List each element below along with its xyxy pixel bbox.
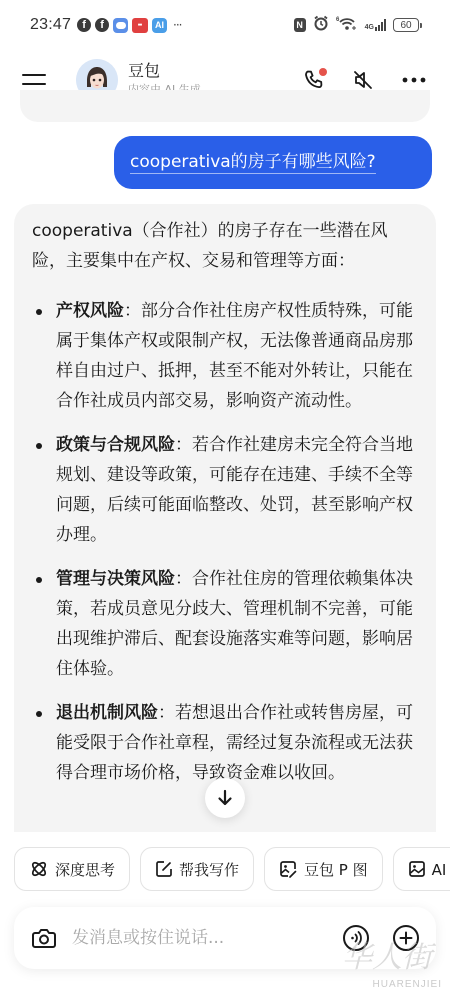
ai-intro-text: cooperativa（合作社）的房子存在一些潜在风险，主要集中在产权、交易和管… (32, 216, 418, 276)
battery-icon: 60 (393, 18, 422, 32)
facebook-icon: f (95, 18, 109, 32)
wifi-icon: 6 (336, 15, 358, 35)
chip-label: AI 生图 (432, 859, 450, 880)
user-message-text: cooperativa的房子有哪些风险? (130, 151, 376, 174)
ai-app-icon: AI (152, 18, 167, 33)
camera-button[interactable] (30, 924, 58, 952)
menu-icon-line (22, 74, 46, 76)
risk-list: 产权风险：部分合作社住房产权性质特殊，可能属于集体产权或限制产权，无法像普通商品… (32, 296, 418, 788)
image-edit-icon (279, 860, 298, 879)
status-right: N 6 4G 60 (294, 15, 422, 35)
network-type: 4G (365, 24, 374, 31)
battery-level: 60 (393, 18, 419, 32)
watermark-logo: 华人街 (342, 932, 432, 976)
red-app-icon: ▬ (132, 18, 148, 33)
cellular-icon: 4G (365, 19, 386, 31)
list-item: 政策与合规风险：若合作社建房未完全符合当地规划、建设等政策，可能存在违建、手续不… (32, 430, 418, 550)
facebook-icon: f (77, 18, 91, 32)
alarm-icon (313, 15, 329, 35)
camera-icon (31, 926, 57, 950)
image-icon (408, 860, 426, 878)
status-left: 23:47 f f ▬ AI ··· (30, 16, 182, 34)
chip-label: 豆包 P 图 (304, 859, 368, 880)
menu-button[interactable] (22, 70, 46, 88)
messages-icon (113, 18, 128, 33)
notification-dot (319, 68, 327, 76)
more-notifications-icon: ··· (173, 18, 181, 32)
list-item: 管理与决策风险：合作社住房的管理依赖集体决策，若成员意见分歧大、管理机制不完善，… (32, 564, 418, 684)
chip-photo-edit[interactable]: 豆包 P 图 (264, 847, 383, 891)
risk-title: 退出机制风险 (56, 703, 158, 723)
chip-deep-think[interactable]: 深度思考 (14, 847, 130, 891)
list-item: 产权风险：部分合作社住房产权性质特殊，可能属于集体产权或限制产权，无法像普通商品… (32, 296, 418, 416)
status-time: 23:47 (30, 16, 71, 34)
bubble-cutoff (0, 832, 450, 846)
user-message-bubble[interactable]: cooperativa的房子有哪些风险? (114, 136, 432, 189)
message-input[interactable] (72, 928, 342, 948)
atom-icon (29, 859, 49, 879)
nfc-icon: N (294, 18, 306, 32)
risk-title: 产权风险 (56, 301, 124, 321)
chip-label: 帮我写作 (179, 859, 239, 880)
more-dots-icon (401, 76, 427, 84)
list-item: 退出机制风险：若想退出合作社或转售房屋，可能受限于合作社章程，需经过复杂流程或无… (32, 698, 418, 788)
status-bar: 23:47 f f ▬ AI ··· N 6 4G 60 (0, 0, 450, 50)
watermark-text: HUARENJIEI (373, 979, 442, 990)
menu-icon-line (22, 83, 46, 85)
ai-message-bubble: cooperativa（合作社）的房子存在一些潜在风险，主要集中在产权、交易和管… (14, 204, 436, 834)
bot-name: 豆包 (128, 60, 201, 82)
scroll-to-bottom-button[interactable] (205, 778, 245, 818)
svg-text:6: 6 (336, 17, 340, 23)
speaker-muted-icon (351, 68, 375, 92)
chip-label: 深度思考 (55, 859, 115, 880)
arrow-down-icon (217, 789, 233, 807)
risk-title: 管理与决策风险 (56, 569, 175, 589)
chip-ai-image[interactable]: AI 生图 (393, 847, 450, 891)
previous-message-bubble (20, 90, 430, 122)
quick-actions: 深度思考 帮我写作 豆包 P 图 AI 生图 (14, 847, 450, 891)
edit-icon (155, 860, 173, 878)
chip-help-write[interactable]: 帮我写作 (140, 847, 254, 891)
risk-title: 政策与合规风险 (56, 435, 175, 455)
